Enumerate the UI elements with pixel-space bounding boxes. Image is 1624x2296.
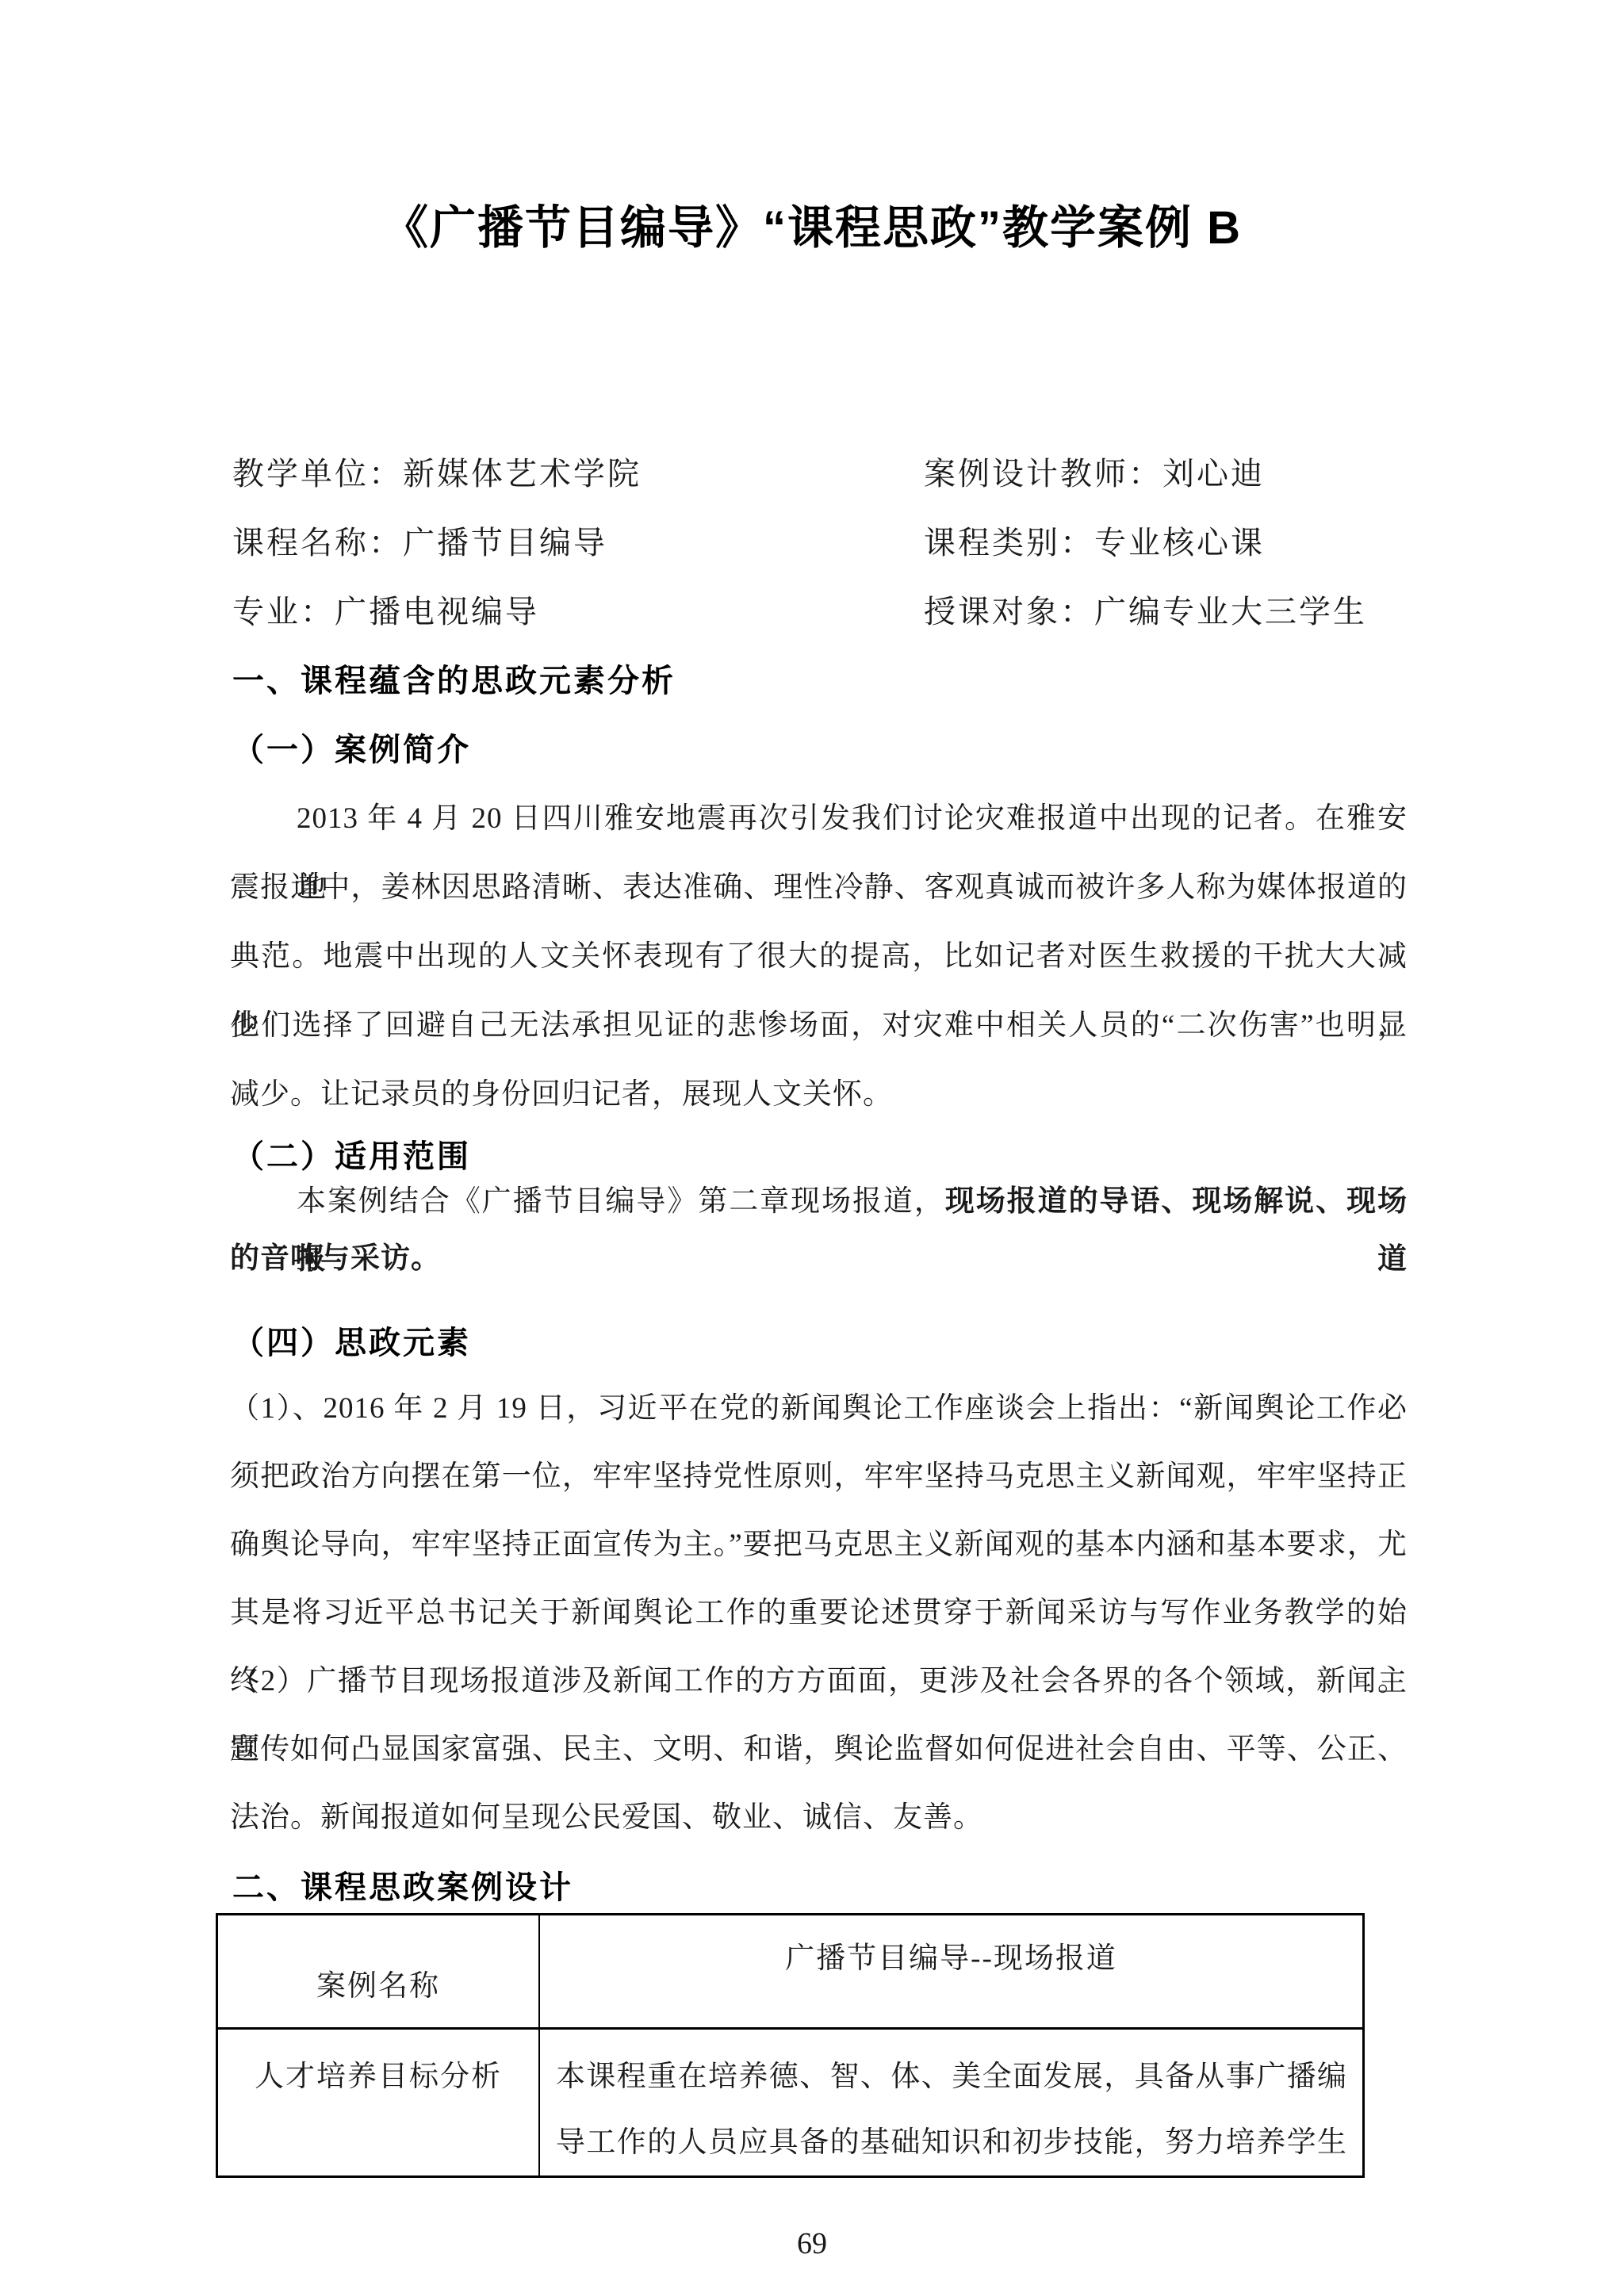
table-cell-training-goal-value: 本课程重在培养德、智、体、美全面发展，具备从事广播编 导工作的人员应具备的基础知… [540, 2030, 1362, 2175]
paragraph-line: 典范。地震中出现的人文关怀表现有了很大的提高，比如记者对医生救援的干扰大大减少， [230, 922, 1408, 991]
table-row: 案例名称 广播节目编导--现场报道 [218, 1915, 1362, 2030]
meta-row: 课程名称：广播节目编导 课程类别：专业核心课 [232, 508, 1407, 577]
paragraph-line: （2）广播节目现场报道涉及新闻工作的方方面面，更涉及社会各界的各个领域，新闻主题 [230, 1647, 1408, 1716]
paragraph-ideology-elements: （1）、2016 年 2 月 19 日，习近平在党的新闻舆论工作座谈会上指出：“… [230, 1375, 1408, 1852]
meta-case-designer: 案例设计教师：刘心迪 [924, 439, 1265, 508]
scope-text-bold: 的音响与采访。 [230, 1242, 441, 1274]
paragraph-line: 2013 年 4 月 20 日四川雅安地震再次引发我们讨论灾难报道中出现的记者。… [230, 784, 1408, 853]
paragraph-line: 宣传如何凸显国家富强、民主、文明、和谐，舆论监督如何促进社会自由、平等、公正、 [230, 1716, 1408, 1784]
table-row: 人才培养目标分析 本课程重在培养德、智、体、美全面发展，具备从事广播编 导工作的… [218, 2030, 1362, 2175]
section-heading-case-design: 二、课程思政案例设计 [232, 1853, 1407, 1922]
subsection-heading-case-intro: （一）案例简介 [232, 715, 1407, 784]
subsection-heading-ideology-elements: （四）思政元素 [232, 1308, 1407, 1377]
paragraph-line: 确舆论导向，牢牢坚持正面宣传为主。”要把马克思主义新闻观的基本内涵和基本要求，尤 [230, 1511, 1408, 1579]
meta-row: 教学单位：新媒体艺术学院 案例设计教师：刘心迪 [232, 439, 1407, 508]
paragraph-case-intro: 2013 年 4 月 20 日四川雅安地震再次引发我们讨论灾难报道中出现的记者。… [230, 784, 1408, 1129]
document-title: 《广播节目编导》“课程思政”教学案例 B [224, 182, 1400, 274]
paragraph-line: 减少。让记录员的身份回归记者，展现人文关怀。 [230, 1060, 1408, 1129]
meta-course-category: 课程类别：专业核心课 [924, 508, 1265, 577]
meta-row: 专业：广播电视编导 授课对象：广编专业大三学生 [232, 577, 1407, 646]
section-heading-analysis: 一、课程蕴含的思政元素分析 [232, 646, 1407, 715]
meta-course-name: 课程名称：广播节目编导 [232, 508, 607, 577]
meta-major: 专业：广播电视编导 [232, 577, 539, 646]
table-cell-training-goal-label: 人才培养目标分析 [218, 2030, 540, 2175]
paragraph-line: 须把政治方向摆在第一位，牢牢坚持党性原则，牢牢坚持马克思主义新闻观，牢牢坚持正 [230, 1443, 1408, 1511]
table-cell-case-name-value: 广播节目编导--现场报道 [540, 1915, 1362, 2027]
case-design-table: 案例名称 广播节目编导--现场报道 人才培养目标分析 本课程重在培养德、智、体、… [216, 1913, 1365, 2178]
table-cell-case-name-label: 案例名称 [218, 1915, 540, 2027]
meta-teaching-unit: 教学单位：新媒体艺术学院 [232, 439, 642, 508]
paragraph-line: 他们选择了回避自己无法承担见证的悲惨场面，对灾难中相关人员的“二次伤害”也明显 [230, 991, 1408, 1060]
paragraph-line: 本案例结合《广播节目编导》第二章现场报道，现场报道的导语、现场解说、现场报道 [230, 1173, 1408, 1230]
table-content-line: 本课程重在培养德、智、体、美全面发展，具备从事广播编 [556, 2044, 1346, 2110]
table-content-line: 导工作的人员应具备的基础知识和初步技能，努力培养学生 [556, 2110, 1346, 2175]
paragraph-line: （1）、2016 年 2 月 19 日，习近平在党的新闻舆论工作座谈会上指出：“… [230, 1375, 1408, 1443]
paragraph-line: 其是将习近平总书记关于新闻舆论工作的重要论述贯穿于新闻采访与写作业务教学的始终。 [230, 1579, 1408, 1647]
document-page: 《广播节目编导》“课程思政”教学案例 B 教学单位：新媒体艺术学院 案例设计教师… [0, 0, 1624, 2296]
meta-block: 教学单位：新媒体艺术学院 案例设计教师：刘心迪 课程名称：广播节目编导 课程类别… [232, 439, 1407, 646]
paragraph-scope: 本案例结合《广播节目编导》第二章现场报道，现场报道的导语、现场解说、现场报道 的… [230, 1173, 1408, 1287]
scope-text-normal: 本案例结合《广播节目编导》第二章现场报道， [297, 1185, 945, 1218]
paragraph-line: 法治。新闻报道如何呈现公民爱国、敬业、诚信、友善。 [230, 1784, 1408, 1852]
paragraph-line: 震报道中，姜林因思路清晰、表达准确、理性冷静、客观真诚而被许多人称为媒体报道的 [230, 853, 1408, 922]
page-number: 69 [0, 2224, 1624, 2263]
meta-audience: 授课对象：广编专业大三学生 [924, 577, 1367, 646]
table-label-line: 人才培养目标分析 [255, 2044, 502, 2110]
